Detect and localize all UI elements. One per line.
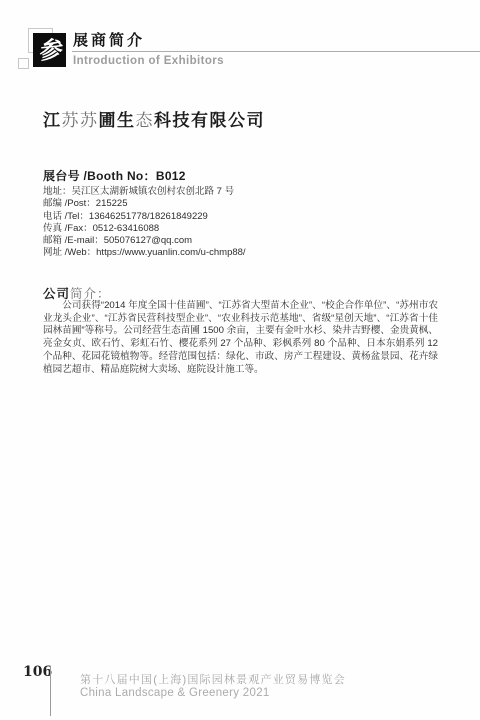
header-divider-line: [72, 51, 480, 52]
contact-tel: 电话 /Tel：13646251778/18261849229: [43, 211, 246, 223]
contact-fax: 传真 /Fax：0512-63416088: [43, 223, 246, 235]
contact-address: 地址：吴江区太湖新城镇农创村农创北路 7 号: [43, 186, 246, 198]
text-segment: 苏苏: [62, 111, 99, 130]
footer-event-title-en: China Landscape & Greenery 2021: [80, 687, 270, 699]
contact-post: 邮编 /Post：215225: [43, 198, 246, 210]
text-segment: 圃生: [99, 111, 136, 130]
text-segment: 态: [136, 111, 155, 130]
text-segment: 简介：: [70, 287, 111, 301]
booth-number: 展台号 /Booth No：B012: [43, 167, 186, 184]
contact-web: 网址 /Web：https://www.yuanlin.com/u-chmp88…: [43, 247, 246, 259]
section-title-cn: 展商简介: [73, 29, 145, 50]
section-title-en: Introduction of Exhibitors: [73, 55, 224, 67]
contact-email: 邮箱 /E-mail：505076127@qq.com: [43, 235, 246, 247]
text-segment: 江: [43, 111, 62, 130]
chapter-calligraphy-glyph: 参: [37, 37, 62, 62]
chapter-number-block: 参: [33, 33, 66, 67]
company-name: 江苏苏圃生态科技有限公司: [43, 106, 265, 131]
contact-info-block: 地址：吴江区太湖新城镇农创村农创北路 7 号 邮编 /Post：215225 电…: [43, 186, 246, 260]
catalog-page: 参 展商简介 Introduction of Exhibitors 江苏苏圃生态…: [0, 0, 480, 720]
company-profile-text: 公司获得“2014 年度全国十佳苗圃”、“江苏省大型苗木企业”、“校企合作单位”…: [43, 300, 438, 376]
text-segment: 公司: [43, 287, 70, 301]
page-number: 106: [23, 664, 52, 680]
decorative-checkbox-square: [18, 58, 29, 69]
text-segment: 科技有限公司: [154, 111, 265, 130]
footer-event-title-cn: 第十八届中国(上海)国际园林景观产业贸易博览会: [80, 671, 346, 687]
footer-divider-line: [50, 666, 51, 716]
